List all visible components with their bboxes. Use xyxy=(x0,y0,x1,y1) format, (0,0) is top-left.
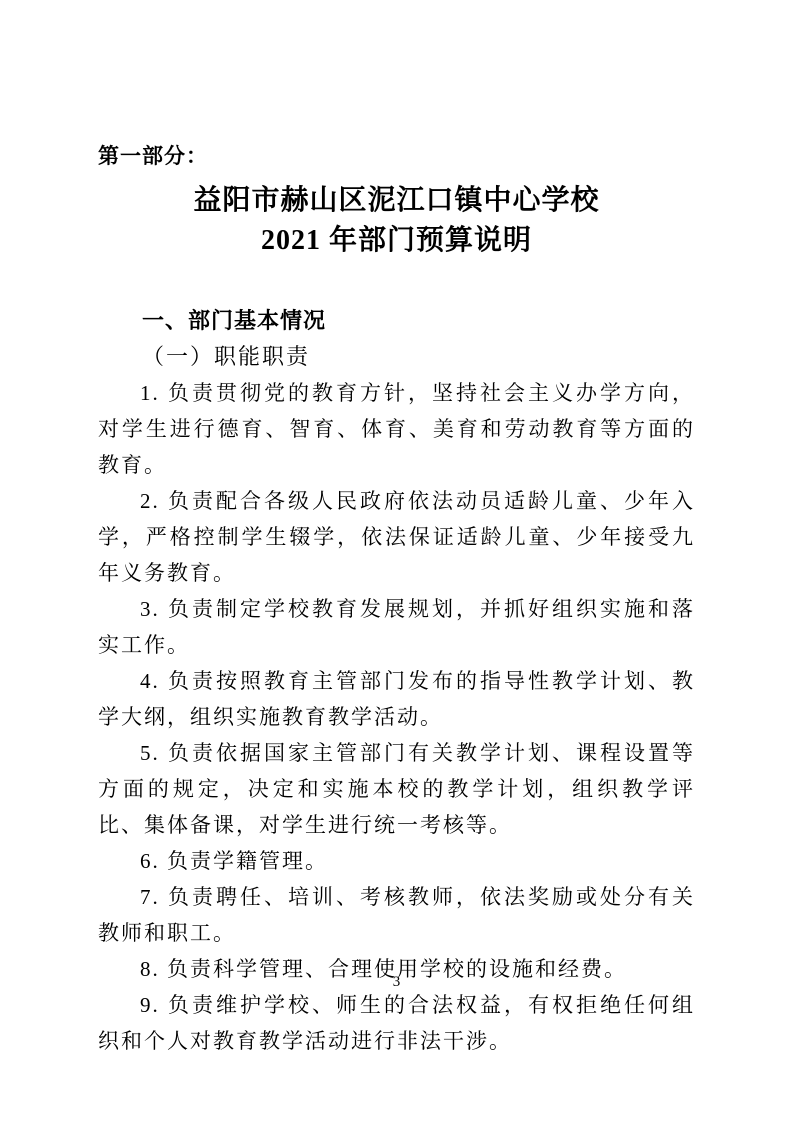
subsection-heading: （一）职能职责 xyxy=(98,339,695,375)
paragraph: 3. 负责制定学校教育发展规划，并抓好组织实施和落实工作。 xyxy=(98,591,695,663)
paragraph: 1. 负责贯彻党的教育方针，坚持社会主义办学方向，对学生进行德育、智育、体育、美… xyxy=(98,375,695,483)
document-title: 益阳市赫山区泥江口镇中心学校 2021 年部门预算说明 xyxy=(98,181,695,261)
paragraph: 7. 负责聘任、培训、考核教师，依法奖励或处分有关教师和职工。 xyxy=(98,879,695,951)
document-page: 第一部分： 益阳市赫山区泥江口镇中心学校 2021 年部门预算说明 一、部门基本… xyxy=(0,0,793,1122)
body-text: 1. 负责贯彻党的教育方针，坚持社会主义办学方向，对学生进行德育、智育、体育、美… xyxy=(98,375,695,1059)
part-label: 第一部分： xyxy=(98,145,695,169)
paragraph: 4. 负责按照教育主管部门发布的指导性教学计划、教学大纲，组织实施教育教学活动。 xyxy=(98,663,695,735)
paragraph: 2. 负责配合各级人民政府依法动员适龄儿童、少年入学，严格控制学生辍学，依法保证… xyxy=(98,483,695,591)
paragraph: 6. 负责学籍管理。 xyxy=(98,843,695,879)
paragraph: 5. 负责依据国家主管部门有关教学计划、课程设置等方面的规定，决定和实施本校的教… xyxy=(98,735,695,843)
section-heading: 一、部门基本情况 xyxy=(98,303,695,339)
document-content: 第一部分： 益阳市赫山区泥江口镇中心学校 2021 年部门预算说明 一、部门基本… xyxy=(0,0,793,1059)
document-title-line2: 2021 年部门预算说明 xyxy=(98,221,695,261)
paragraph: 9. 负责维护学校、师生的合法权益，有权拒绝任何组织和个人对教育教学活动进行非法… xyxy=(98,987,695,1059)
document-title-line1: 益阳市赫山区泥江口镇中心学校 xyxy=(98,181,695,221)
page-number: 3 xyxy=(0,972,793,992)
